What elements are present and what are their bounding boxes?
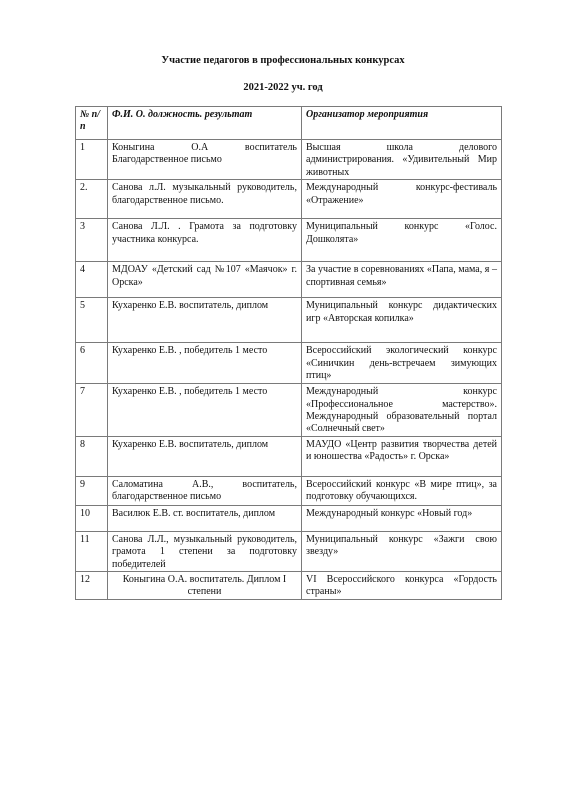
- row-number: 11: [76, 531, 108, 571]
- row-organizer: Высшая школа делового администрирования.…: [302, 140, 502, 180]
- row-organizer: VI Всероссийского конкурса «Гордость стр…: [302, 572, 502, 600]
- table-row: 10Василюк Е.В. ст. воспитатель, дипломМе…: [76, 505, 502, 531]
- row-person: Василюк Е.В. ст. воспитатель, диплом: [108, 505, 302, 531]
- row-organizer: Муниципальный конкурс дидактических игр …: [302, 298, 502, 343]
- row-person: Кухаренко Е.В. , победитель 1 место: [108, 343, 302, 384]
- table-row: 11Санова Л.Л., музыкальный руководитель,…: [76, 531, 502, 571]
- row-organizer: Муниципальный конкурс «Зажги свою звезду…: [302, 531, 502, 571]
- row-organizer: Международный конкурс-фестиваль «Отражен…: [302, 180, 502, 219]
- row-number: 3: [76, 219, 108, 262]
- header-person: Ф.И. О. должность. результат: [108, 107, 302, 140]
- contests-table: № п/п Ф.И. О. должность. результат Орган…: [75, 106, 502, 600]
- row-person: Кухаренко Е.В. воспитатель, диплом: [108, 298, 302, 343]
- table-row: 6Кухаренко Е.В. , победитель 1 местоВсер…: [76, 343, 502, 384]
- table-row: 7Кухаренко Е.В. , победитель 1 местоМежд…: [76, 384, 502, 437]
- row-number: 1: [76, 140, 108, 180]
- table-row: 2.Санова л.Л. музыкальный руководитель, …: [76, 180, 502, 219]
- table-row: 1Коныгина О.А воспитатель Благодарственн…: [76, 140, 502, 180]
- header-number: № п/п: [76, 107, 108, 140]
- row-organizer: Международный конкурс «Новый год»: [302, 505, 502, 531]
- row-person: Саломатина А.В., воспитатель, благодарст…: [108, 476, 302, 505]
- table-header-row: № п/п Ф.И. О. должность. результат Орган…: [76, 107, 502, 140]
- document-title: Участие педагогов в профессиональных кон…: [0, 55, 566, 66]
- table-row: 3 Санова Л.Л. . Грамота за подготовку уч…: [76, 219, 502, 262]
- row-person: Санова л.Л. музыкальный руководитель, бл…: [108, 180, 302, 219]
- row-number: 2.: [76, 180, 108, 219]
- document-subtitle: 2021-2022 уч. год: [0, 82, 566, 93]
- row-number: 5: [76, 298, 108, 343]
- row-number: 4: [76, 262, 108, 298]
- table-row: 5Кухаренко Е.В. воспитатель, дипломМуниц…: [76, 298, 502, 343]
- row-organizer: МАУДО «Центр развития творчества детей и…: [302, 436, 502, 476]
- row-organizer: За участие в соревнованиях «Папа, мама, …: [302, 262, 502, 298]
- table-row: 12Коныгина О.А. воспитатель. Диплом I ст…: [76, 572, 502, 600]
- row-number: 9: [76, 476, 108, 505]
- table-row: 8Кухаренко Е.В. воспитатель, дипломМАУДО…: [76, 436, 502, 476]
- row-number: 7: [76, 384, 108, 437]
- table-row: 9Саломатина А.В., воспитатель, благодарс…: [76, 476, 502, 505]
- row-number: 12: [76, 572, 108, 600]
- row-person: МДОАУ «Детский сад №107 «Маячок» г. Орск…: [108, 262, 302, 298]
- row-person: Кухаренко Е.В. воспитатель, диплом: [108, 436, 302, 476]
- row-person: Коныгина О.А воспитатель Благодарственно…: [108, 140, 302, 180]
- row-organizer: Муниципальный конкурс «Голос. Дошколята»: [302, 219, 502, 262]
- row-organizer: Международный конкурс «Профессиональное …: [302, 384, 502, 437]
- row-organizer: Всероссийский экологический конкурс «Син…: [302, 343, 502, 384]
- row-person: Кухаренко Е.В. , победитель 1 место: [108, 384, 302, 437]
- row-number: 10: [76, 505, 108, 531]
- row-number: 8: [76, 436, 108, 476]
- table-row: 4МДОАУ «Детский сад №107 «Маячок» г. Орс…: [76, 262, 502, 298]
- row-person: Санова Л.Л., музыкальный руководитель, г…: [108, 531, 302, 571]
- row-number: 6: [76, 343, 108, 384]
- row-person: Санова Л.Л. . Грамота за подготовку учас…: [108, 219, 302, 262]
- row-organizer: Всероссийский конкурс «В мире птиц», за …: [302, 476, 502, 505]
- header-organizer: Организатор мероприятия: [302, 107, 502, 140]
- row-person: Коныгина О.А. воспитатель. Диплом I степ…: [108, 572, 302, 600]
